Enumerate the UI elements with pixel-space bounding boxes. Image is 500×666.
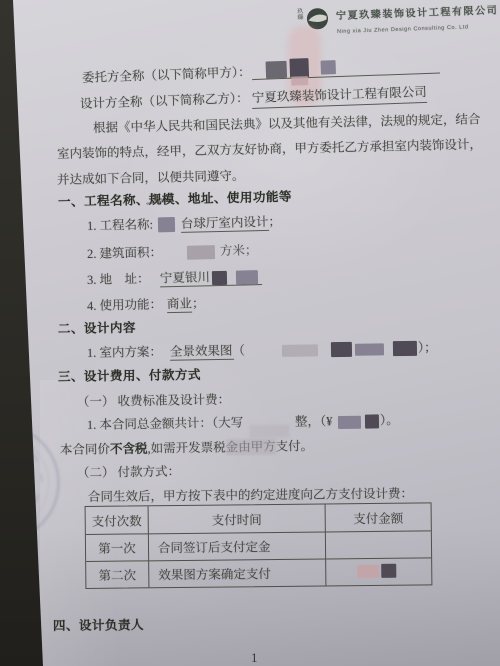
- table-header-time: 支付时间: [149, 504, 326, 534]
- address-line: 3. 地 址： 宁夏银川: [87, 271, 150, 289]
- table-header-times: 支付次数: [86, 506, 149, 535]
- redaction-block: [321, 60, 336, 75]
- address-label: 3. 地 址：: [87, 272, 150, 287]
- redaction-block: [266, 61, 288, 79]
- redaction-block: [357, 565, 379, 578]
- fee-standard-subtitle: （一） 收费标准及设计费：: [77, 392, 230, 411]
- section3-title: 三、设计费用、付款方式: [58, 367, 201, 386]
- stamp-inner-ring: [0, 435, 49, 531]
- table-row1-amount: [326, 531, 431, 559]
- table-row1-no: 第一次: [86, 534, 149, 562]
- redaction-block: [212, 271, 227, 285]
- total-amount-line: 1. 本合同总金额共计：（大写 整，（¥ ）。: [87, 415, 244, 434]
- punct: ；: [268, 215, 281, 229]
- usage-label: 4. 使用功能：: [87, 297, 162, 313]
- interior-plan-label: 1. 室内方案：: [87, 345, 162, 360]
- project-name-label: 1. 工程名称:: [87, 218, 153, 233]
- usage-value: 商业: [167, 297, 192, 314]
- redaction-block: [187, 245, 215, 260]
- interior-plan-suffix: ）；: [418, 340, 437, 357]
- redaction-block: [365, 414, 379, 428]
- table-row2-amount: [326, 558, 431, 585]
- table-row2-no: 第二次: [86, 561, 149, 588]
- page-number: 1: [251, 650, 258, 666]
- usage-line: 4. 使用功能： 商业；: [87, 296, 162, 315]
- total-amount-suffix: ）。: [380, 412, 399, 429]
- redaction-block: [158, 217, 175, 232]
- redaction-block: [338, 416, 361, 429]
- redaction-block: [236, 270, 258, 284]
- contract-paper: 玖臻 宁夏玖臻装饰设计工程有限公司 Ning xia Jiu Zhen Desi…: [0, 0, 500, 666]
- tax-clause-bold: 不含税: [110, 442, 148, 457]
- interior-plan-line: 1. 室内方案： 全景效果图（ ）；: [87, 344, 162, 362]
- table-header-amount: 支付金额: [326, 503, 431, 532]
- payment-table: 支付次数 支付时间 支付金额 第一次 合同签订后支付定金 第二次 效果图方案确定…: [85, 502, 433, 589]
- table-row2-time: 效果图方案确定支付: [149, 559, 326, 587]
- table-row1-time: 合同签订后支付定金: [149, 532, 326, 561]
- section2-title: 二、设计内容: [58, 320, 136, 338]
- project-name-line: 1. 工程名称: 台球厅室内设计；: [87, 217, 153, 235]
- building-area-line: 2. 建筑面积： 方米；: [87, 244, 162, 263]
- redaction-block: [226, 439, 276, 456]
- stamp-mark: [24, 512, 31, 520]
- redaction-block: [331, 342, 352, 357]
- redaction-block: [355, 343, 384, 355]
- building-area-value: 方米；: [220, 242, 258, 260]
- total-amount-prefix: 1. 本合同总金额共计：（大写: [87, 416, 243, 432]
- redaction-block: [282, 344, 318, 357]
- tax-clause-pre: 本合同价: [60, 442, 110, 457]
- project-name-value-wrap: 台球厅室内设计；: [181, 214, 281, 233]
- project-name-value: 台球厅室内设计: [181, 215, 269, 233]
- building-area-label: 2. 建筑面积：: [87, 245, 162, 261]
- redaction-block: [381, 564, 396, 578]
- logo-side-text: 玖臻: [296, 8, 302, 20]
- company-name-en: Ning xia Jiu Zhen Design Consulting Co. …: [337, 16, 469, 41]
- usage-value-wrap: 商业；: [167, 295, 205, 313]
- redaction-block: [250, 424, 290, 438]
- redaction-block: [291, 76, 308, 86]
- redaction-block: [393, 341, 417, 356]
- payment-method-subtitle: （二） 付款方式：: [77, 463, 180, 482]
- total-amount-mid: 整，（¥: [295, 413, 333, 431]
- punct: ；: [192, 296, 205, 310]
- redaction-block: [289, 58, 309, 78]
- section4-title: 四、设计负责人: [53, 617, 144, 635]
- photo-of-contract-page: 玖臻 宁夏玖臻装饰设计工程有限公司 Ning xia Jiu Zhen Desi…: [0, 0, 500, 666]
